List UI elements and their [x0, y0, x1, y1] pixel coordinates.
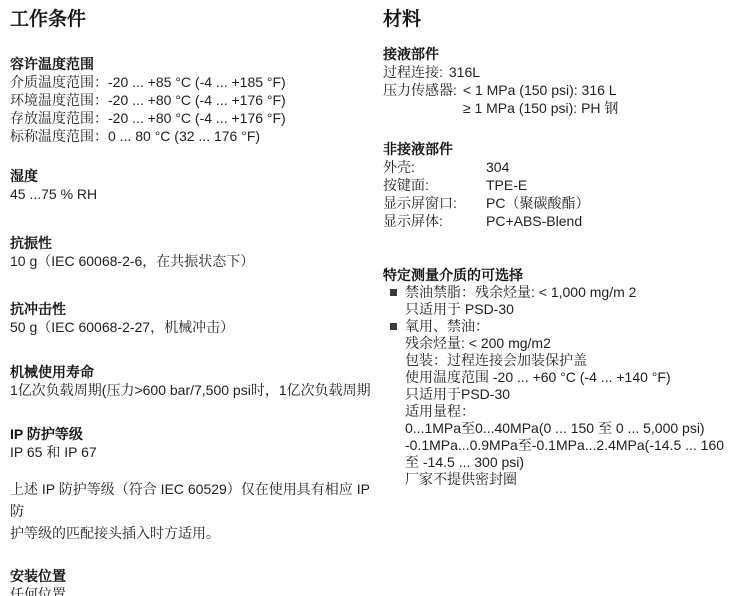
section-heading: 特定测量介质的可选择 — [383, 266, 740, 284]
section-humidity: 湿度 45 ...75 % RH — [10, 167, 383, 203]
spec-value: 1亿次负载周期(压力>600 bar/7,500 psi时，1亿次负载周期 — [10, 381, 383, 399]
spec-row: 存放温度范围：-20 ... +80 °C (-4 ... +176 °F) — [10, 109, 383, 127]
bullet-line: 禁油禁脂：残余烃量: < 1,000 mg/m 2 — [405, 284, 740, 301]
section-wetted-parts: 接液部件 过程连接: 316L 压力传感器: < 1 MPa (150 psi)… — [383, 45, 740, 117]
section-heading: 抗冲击性 — [10, 300, 383, 318]
section-heading: 抗振性 — [10, 234, 383, 252]
section-heading: 接液部件 — [383, 45, 740, 63]
spec-value-group: 316L — [449, 63, 480, 81]
bullet-line: 适用量程： — [405, 403, 740, 420]
section-temperature-range: 容许温度范围 介质温度范围：-20 ... +85 °C (-4 ... +18… — [10, 55, 383, 145]
spec-row: 显示屏窗口:PC（聚碳酸酯） — [383, 194, 740, 212]
section-heading: IP 防护等级 — [10, 425, 383, 443]
bullet-lines: 氧用、禁油： 残余烃量: < 200 mg/m2 包装：过程连接会加装保护盖 使… — [405, 318, 740, 488]
square-bullet-icon — [390, 289, 397, 296]
spec-label: 压力传感器: — [383, 81, 457, 117]
spec-value: 50 g（IEC 60068-2-27，机械冲击） — [10, 318, 383, 336]
bullet-line: 使用温度范围 -20 ... +60 °C (-4 ... +140 °F) — [405, 369, 740, 386]
spec-row: 介质温度范围：-20 ... +85 °C (-4 ... +185 °F) — [10, 73, 383, 91]
section-nonwetted-parts: 非接液部件 外壳:304 按键面:TPE-E 显示屏窗口:PC（聚碳酸酯） 显示… — [383, 140, 740, 230]
bullet-item: 禁油禁脂：残余烃量: < 1,000 mg/m 2 只适用于 PSD-30 — [383, 284, 740, 318]
section-heading: 机械使用寿命 — [10, 363, 383, 381]
datasheet-page: 工作条件 容许温度范围 介质温度范围：-20 ... +85 °C (-4 ..… — [0, 0, 750, 596]
spec-value: < 1 MPa (150 psi): 316 L — [463, 81, 619, 99]
spec-value: PC+ABS-Blend — [486, 213, 582, 229]
spec-label: 存放温度范围： — [10, 109, 108, 127]
spec-value-group: < 1 MPa (150 psi): 316 L ≥ 1 MPa (150 ps… — [463, 81, 619, 117]
bullet-line: 只适用于 PSD-30 — [405, 301, 740, 318]
ip-rating-note: 上述 IP 防护等级（符合 IEC 60529）仅在使用具有相应 IP 防 护等… — [10, 478, 383, 544]
bullet-line: 包装：过程连接会加装保护盖 — [405, 352, 740, 369]
spec-value: 任何位置 — [10, 585, 383, 596]
section-heading: 非接液部件 — [383, 140, 740, 158]
spec-value: -20 ... +80 °C (-4 ... +176 °F) — [108, 92, 286, 108]
spec-label: 标称温度范围： — [10, 127, 108, 145]
working-conditions-title: 工作条件 — [10, 8, 383, 32]
square-bullet-icon — [390, 323, 397, 330]
spec-value: 10 g（IEC 60068-2-6，在共振状态下） — [10, 252, 383, 270]
bullet-line: 0...1MPa至0...40MPa(0 ... 150 至 0 ... 5,0… — [405, 420, 740, 437]
spec-value: PC（聚碳酸酯） — [486, 195, 589, 211]
section-vibration-resistance: 抗振性 10 g（IEC 60068-2-6，在共振状态下） — [10, 234, 383, 270]
spec-value: 0 ... 80 °C (32 ... 176 °F) — [108, 128, 260, 144]
section-heading: 容许温度范围 — [10, 55, 383, 73]
bullet-line: 厂家不提供密封圈 — [405, 471, 740, 488]
spec-row: 外壳:304 — [383, 158, 740, 176]
section-shock-resistance: 抗冲击性 50 g（IEC 60068-2-27，机械冲击） — [10, 300, 383, 336]
working-conditions-column: 工作条件 容许温度范围 介质温度范围：-20 ... +85 °C (-4 ..… — [10, 8, 383, 596]
bullet-line: 只适用于PSD-30 — [405, 386, 740, 403]
spec-row: 显示屏体:PC+ABS-Blend — [383, 212, 740, 230]
bullet-line: 氧用、禁油： — [405, 318, 740, 335]
spec-label: 显示屏窗口: — [383, 194, 486, 212]
spec-label: 显示屏体: — [383, 212, 486, 230]
spec-row: 标称温度范围：0 ... 80 °C (32 ... 176 °F) — [10, 127, 383, 145]
spec-label: 环境温度范围： — [10, 91, 108, 109]
bullet-item: 氧用、禁油： 残余烃量: < 200 mg/m2 包装：过程连接会加装保护盖 使… — [383, 318, 740, 488]
spec-row: 环境温度范围：-20 ... +80 °C (-4 ... +176 °F) — [10, 91, 383, 109]
bullet-line: 至 -14.5 ... 300 psi) — [405, 454, 740, 471]
spec-value: 45 ...75 % RH — [10, 185, 383, 203]
section-special-media-options: 特定测量介质的可选择 禁油禁脂：残余烃量: < 1,000 mg/m 2 只适用… — [383, 266, 740, 488]
section-ip-rating: IP 防护等级 IP 65 和 IP 67 — [10, 425, 383, 461]
bullet-line: -0.1MPa...0.9MPa至-0.1MPa...2.4MPa(-14.5 … — [405, 437, 740, 454]
spec-row: 按键面:TPE-E — [383, 176, 740, 194]
bullet-line: 残余烃量: < 200 mg/m2 — [405, 335, 740, 352]
spec-label: 按键面: — [383, 176, 486, 194]
bullet-lines: 禁油禁脂：残余烃量: < 1,000 mg/m 2 只适用于 PSD-30 — [405, 284, 740, 318]
materials-title: 材料 — [383, 8, 740, 32]
spec-value: IP 65 和 IP 67 — [10, 443, 383, 461]
spec-value: 304 — [486, 159, 509, 175]
spec-value: ≥ 1 MPa (150 psi): PH 钢 — [463, 99, 619, 117]
spec-value: TPE-E — [486, 177, 527, 193]
spec-label: 外壳: — [383, 158, 486, 176]
note-line: 上述 IP 防护等级（符合 IEC 60529）仅在使用具有相应 IP 防 — [10, 478, 383, 522]
spec-row: 压力传感器: < 1 MPa (150 psi): 316 L ≥ 1 MPa … — [383, 81, 740, 117]
spec-label: 介质温度范围： — [10, 73, 108, 91]
section-mounting-position: 安装位置 任何位置 — [10, 567, 383, 596]
note-line: 护等级的匹配接头插入时方适用。 — [10, 522, 383, 544]
section-mechanical-life: 机械使用寿命 1亿次负载周期(压力>600 bar/7,500 psi时，1亿次… — [10, 363, 383, 399]
spec-value: -20 ... +85 °C (-4 ... +185 °F) — [108, 74, 286, 90]
spec-label: 过程连接: — [383, 63, 443, 81]
spec-row: 过程连接: 316L — [383, 63, 740, 81]
spec-value: -20 ... +80 °C (-4 ... +176 °F) — [108, 110, 286, 126]
materials-column: 材料 接液部件 过程连接: 316L 压力传感器: < 1 MPa (150 p… — [383, 8, 740, 596]
spec-value: 316L — [449, 63, 480, 81]
section-heading: 湿度 — [10, 167, 383, 185]
section-heading: 安装位置 — [10, 567, 383, 585]
